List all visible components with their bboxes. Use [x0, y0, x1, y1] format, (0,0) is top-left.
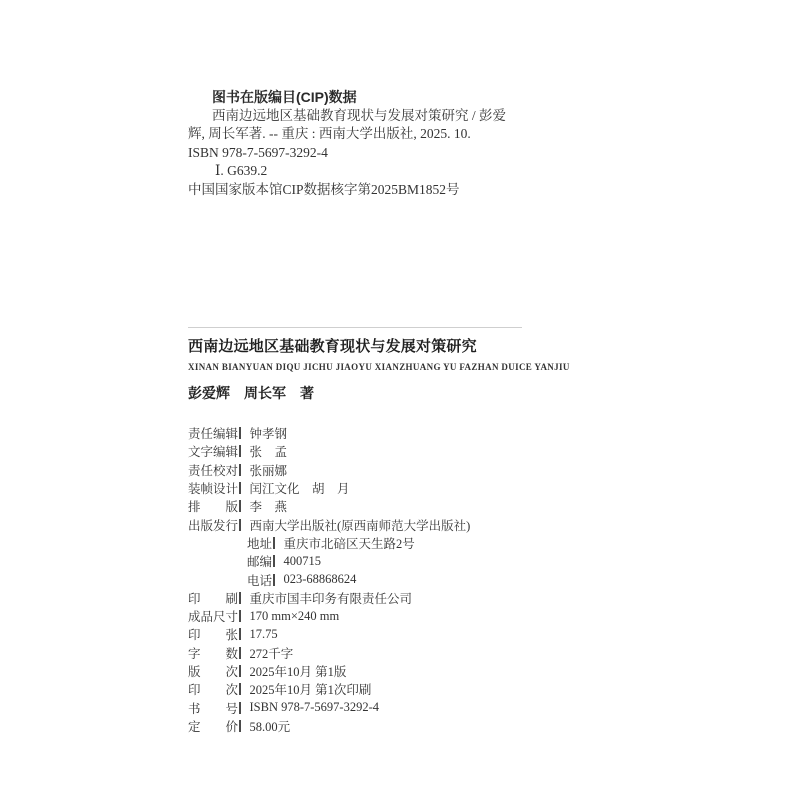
colophon-row-phone: 电话 023-68868624 [188, 570, 470, 588]
colophon-value: 272千字 [250, 644, 294, 662]
colophon-row-word-count: 字 数 272千字 [188, 644, 470, 662]
colophon-row-typesetting: 排 版 李 燕 [188, 497, 470, 515]
colophon-label: 文字编辑 [188, 442, 238, 460]
colophon-label: 字 数 [188, 644, 238, 662]
colophon-label: 出版发行 [188, 516, 238, 534]
separator-bar [239, 702, 241, 714]
colophon-label: 版 次 [188, 662, 238, 680]
separator-bar [239, 683, 241, 695]
colophon-value: 17.75 [250, 627, 278, 642]
cip-heading: 图书在版编目(CIP)数据 [188, 88, 533, 107]
colophon-label: 装帧设计 [188, 479, 238, 497]
colophon-value: 400715 [284, 554, 322, 569]
colophon-value: 2025年10月 第1次印刷 [250, 680, 372, 698]
colophon-block: 责任编辑 钟孝钢 文字编辑 张 孟 责任校对 张丽娜 装帧设计 闰江文化 胡 月… [188, 424, 470, 735]
colophon-value: 西南大学出版社(原西南师范大学出版社) [250, 516, 471, 534]
colophon-row-text-editor: 文字编辑 张 孟 [188, 442, 470, 460]
colophon-value: 170 mm×240 mm [250, 609, 340, 624]
divider-line [188, 327, 522, 328]
colophon-row-isbn: 书 号 ISBN 978-7-5697-3292-4 [188, 698, 470, 716]
separator-bar [239, 427, 241, 439]
separator-bar [239, 628, 241, 640]
colophon-row-proofreader: 责任校对 张丽娜 [188, 461, 470, 479]
colophon-row-printer: 印 刷 重庆市国丰印务有限责任公司 [188, 589, 470, 607]
colophon-row-address: 地址 重庆市北碚区天生路2号 [188, 534, 470, 552]
colophon-value: ISBN 978-7-5697-3292-4 [250, 700, 380, 715]
colophon-value: 重庆市国丰印务有限责任公司 [250, 589, 413, 607]
colophon-row-trim-size: 成品尺寸 170 mm×240 mm [188, 607, 470, 625]
separator-bar [239, 647, 241, 659]
separator-bar [239, 610, 241, 622]
separator-bar [239, 445, 241, 457]
cip-line-publisher: 辉, 周长军著. -- 重庆 : 西南大学出版社, 2025. 10. [188, 125, 533, 144]
book-title-pinyin: XINAN BIANYUAN DIQU JICHU JIAOYU XIANZHU… [188, 362, 570, 372]
separator-bar [273, 574, 275, 586]
colophon-label: 邮编 [247, 552, 272, 570]
colophon-label: 定 价 [188, 717, 238, 735]
colophon-value: 张丽娜 [250, 461, 288, 479]
cip-line-title: 西南边远地区基础教育现状与发展对策研究 / 彭爱 [188, 107, 533, 126]
separator-bar [239, 482, 241, 494]
colophon-row-edition: 版 次 2025年10月 第1版 [188, 662, 470, 680]
separator-bar [239, 720, 241, 732]
colophon-label: 书 号 [188, 699, 238, 717]
colophon-label: 印 刷 [188, 589, 238, 607]
colophon-value: 023-68868624 [284, 572, 357, 587]
colophon-row-sheets: 印 张 17.75 [188, 625, 470, 643]
colophon-row-printing: 印 次 2025年10月 第1次印刷 [188, 680, 470, 698]
colophon-value: 李 燕 [250, 497, 288, 515]
colophon-row-responsible-editor: 责任编辑 钟孝钢 [188, 424, 470, 442]
colophon-value: 重庆市北碚区天生路2号 [284, 534, 415, 552]
colophon-label: 地址 [247, 534, 272, 552]
separator-bar [239, 500, 241, 512]
cip-block: 图书在版编目(CIP)数据 西南边远地区基础教育现状与发展对策研究 / 彭爱 辉… [188, 88, 533, 199]
separator-bar [239, 519, 241, 531]
colophon-row-publisher: 出版发行 西南大学出版社(原西南师范大学出版社) [188, 515, 470, 533]
colophon-label: 电话 [247, 571, 272, 589]
book-copyright-page: 图书在版编目(CIP)数据 西南边远地区基础教育现状与发展对策研究 / 彭爱 辉… [0, 0, 800, 800]
colophon-value: 58.00元 [250, 717, 291, 735]
cip-line-isbn: ISBN 978-7-5697-3292-4 [188, 144, 533, 163]
separator-bar [239, 464, 241, 476]
book-authors: 彭爱辉 周长军 著 [188, 383, 314, 403]
colophon-label: 排 版 [188, 497, 238, 515]
colophon-label: 印 次 [188, 680, 238, 698]
colophon-label: 责任校对 [188, 461, 238, 479]
colophon-row-postcode: 邮编 400715 [188, 552, 470, 570]
separator-bar [239, 665, 241, 677]
colophon-label: 责任编辑 [188, 424, 238, 442]
colophon-value: 2025年10月 第1版 [250, 662, 347, 680]
colophon-value: 钟孝钢 [250, 424, 288, 442]
separator-bar [273, 555, 275, 567]
cip-line-record-no: 中国国家版本馆CIP数据核字第2025BM1852号 [188, 181, 533, 200]
colophon-value: 张 孟 [250, 442, 288, 460]
separator-bar [239, 592, 241, 604]
colophon-value: 闰江文化 胡 月 [250, 479, 350, 497]
colophon-label: 成品尺寸 [188, 607, 238, 625]
colophon-row-cover-design: 装帧设计 闰江文化 胡 月 [188, 479, 470, 497]
cip-line-class-code: Ⅰ. G639.2 [188, 162, 533, 181]
separator-bar [273, 537, 275, 549]
book-title: 西南边远地区基础教育现状与发展对策研究 [188, 335, 477, 356]
colophon-row-price: 定 价 58.00元 [188, 717, 470, 735]
colophon-label: 印 张 [188, 625, 238, 643]
